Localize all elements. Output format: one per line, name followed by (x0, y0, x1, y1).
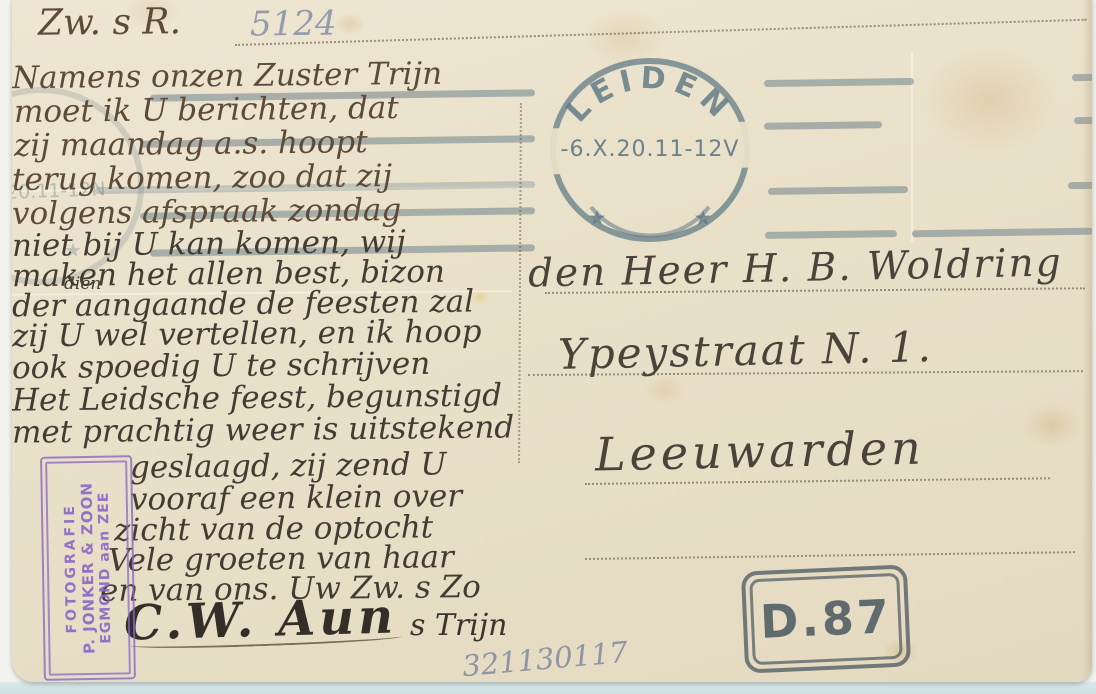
address-dotted-line (585, 551, 1075, 560)
cancel-bar (765, 230, 897, 239)
cancel-bar (912, 228, 1092, 238)
postmark-star-icon: ★ (694, 206, 713, 230)
pencil-number-top: 5124 (250, 4, 337, 45)
photographer-stamp-line: EGMOND aan ZEE (95, 465, 115, 671)
svg-text:LEIDEN: LEIDEN (560, 61, 740, 130)
photographer-stamp: FOTOGRAFIE P. JONKER & ZOON EGMOND aan Z… (40, 455, 136, 681)
card-edge-shading (1082, 0, 1092, 682)
sorting-stamp-code: D.87 (759, 589, 893, 649)
signature: C.W. Aun (123, 588, 397, 651)
cancel-bar (764, 121, 882, 130)
address-divider-line (518, 103, 522, 463)
cancel-bar (768, 186, 908, 195)
address-street: Ypeystraat N. 1. (558, 322, 934, 379)
address-city: Leeuwarden (594, 421, 925, 482)
postmark-date: -6.X.20.11-12V (561, 137, 740, 162)
inserted-correction-word: dien (64, 274, 101, 294)
cancel-bar (764, 78, 914, 87)
signature-suffix: s Trijn (410, 608, 508, 643)
postmark-star-icon: ★ (588, 206, 607, 230)
sorting-stamp: D.87 (741, 564, 911, 673)
postmark-town: LEIDEN (560, 61, 740, 130)
leiden-postmark: LEIDEN -6.X.20.11-12V ★ ★ (545, 55, 755, 245)
postcard-back: Zw. s R. 5124 20.11-12N ★ LEIDEN -6.X.20… (12, 0, 1092, 682)
sender-note: Zw. s R. (38, 1, 181, 43)
sorting-stamp-inner-border: D.87 (749, 573, 903, 665)
message-line: met prachtig weer is uitstekend (12, 409, 514, 450)
header-dotted-line (235, 19, 1087, 46)
photographer-stamp-inner-border: FOTOGRAFIE P. JONKER & ZOON EGMOND aan Z… (45, 460, 131, 675)
